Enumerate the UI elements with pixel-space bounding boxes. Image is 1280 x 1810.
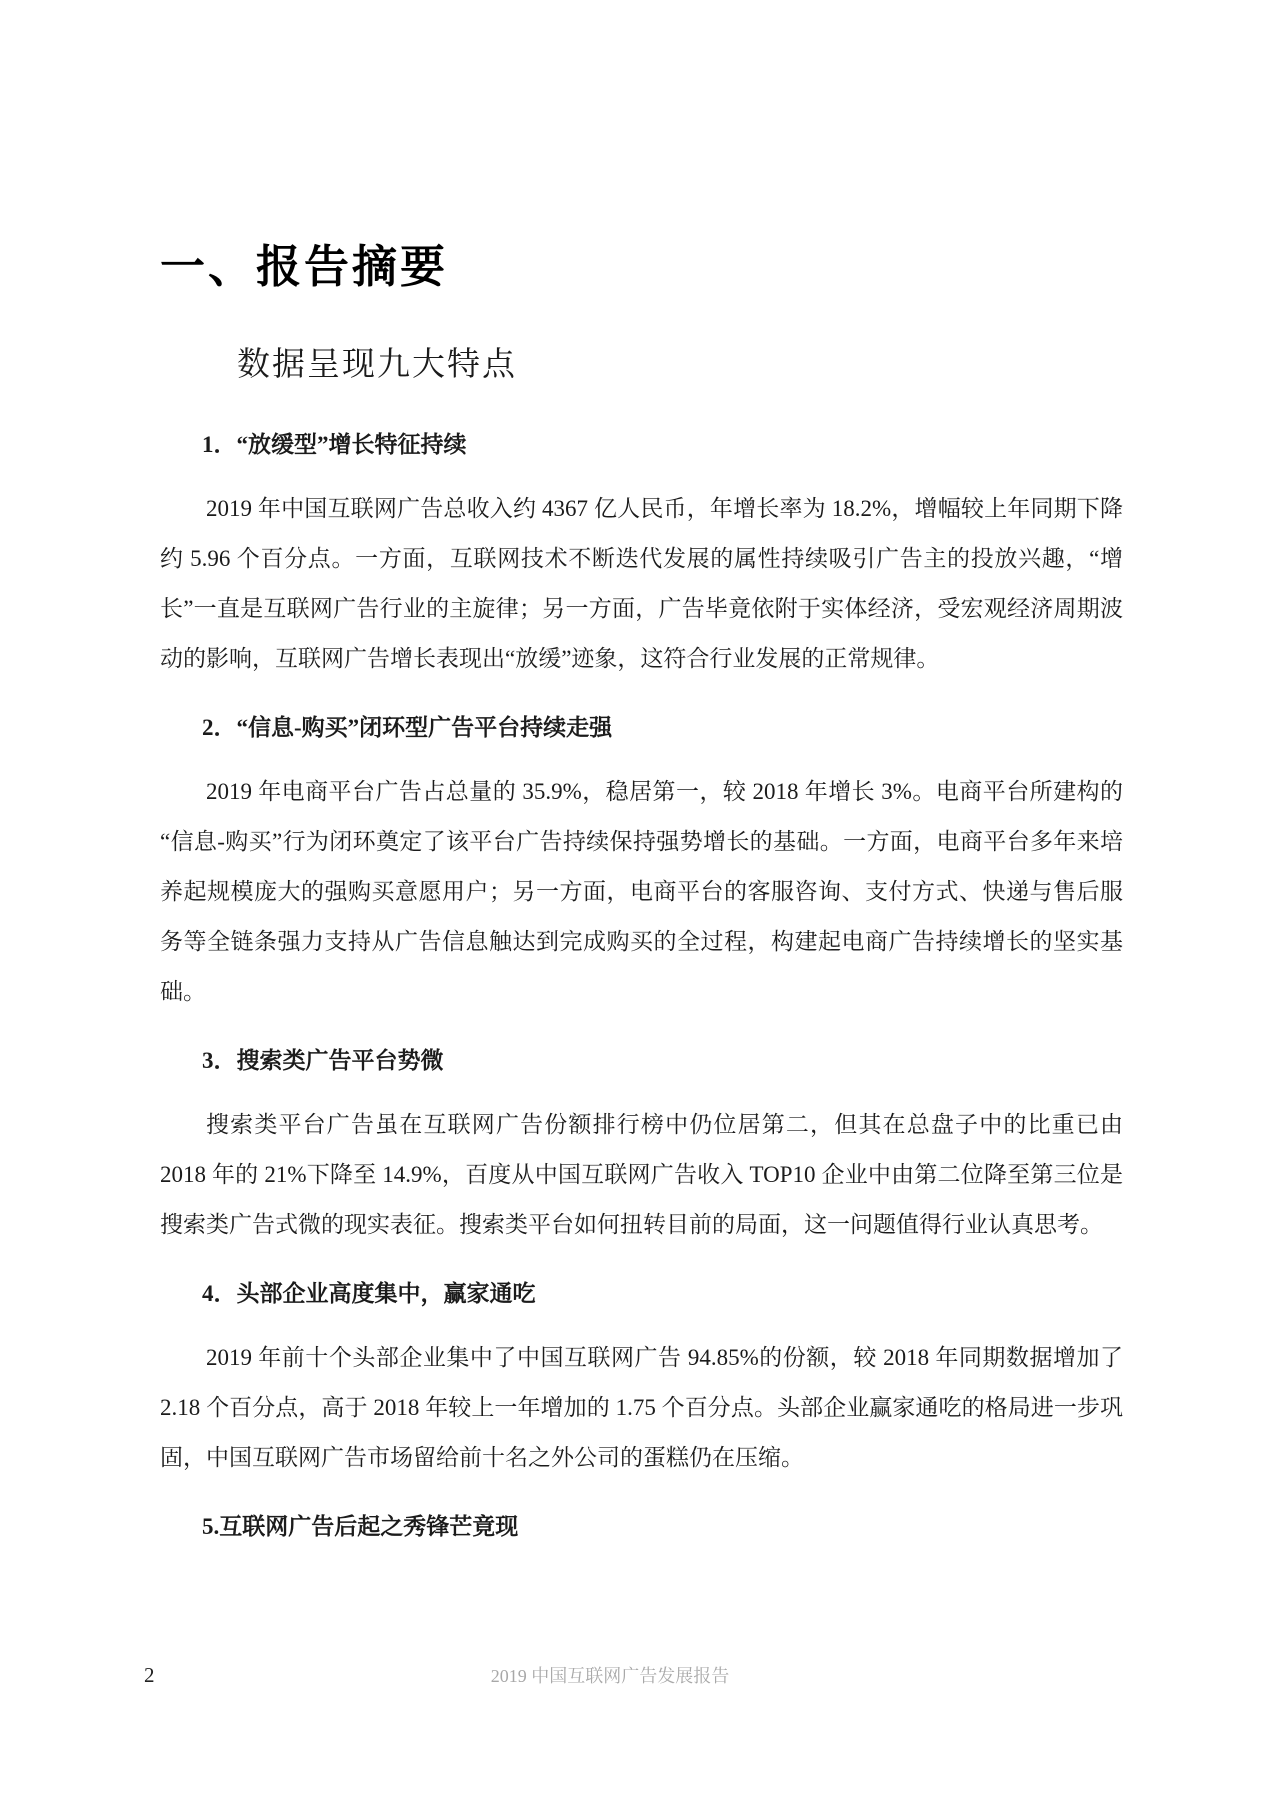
section-2-heading: 2．“信息-购买”闭环型广告平台持续走强 (160, 703, 1123, 753)
page-title: 一、报告摘要 (160, 240, 1123, 294)
section-5-heading: 5.互联网广告后起之秀锋芒竟现 (160, 1502, 1123, 1552)
section-3-paragraph: 搜索类平台广告虽在互联网广告份额排行榜中仍位居第二，但其在总盘子中的比重已由 2… (160, 1100, 1123, 1250)
section-1-heading: 1．“放缓型”增长特征持续 (160, 420, 1123, 470)
report-page: 一、报告摘要 数据呈现九大特点 1．“放缓型”增长特征持续 2019 年中国互联… (0, 0, 1280, 1810)
section-5: 5.互联网广告后起之秀锋芒竟现 (160, 1502, 1123, 1552)
section-2-paragraph: 2019 年电商平台广告占总量的 35.9%，稳居第一，较 2018 年增长 3… (160, 767, 1123, 1017)
section-3-heading: 3．搜索类广告平台势微 (160, 1036, 1123, 1086)
section-2: 2．“信息-购买”闭环型广告平台持续走强 2019 年电商平台广告占总量的 35… (160, 703, 1123, 1017)
section-1-paragraph: 2019 年中国互联网广告总收入约 4367 亿人民币，年增长率为 18.2%，… (160, 484, 1123, 684)
section-4: 4．头部企业高度集中，赢家通吃 2019 年前十个头部企业集中了中国互联网广告 … (160, 1269, 1123, 1483)
section-1: 1．“放缓型”增长特征持续 2019 年中国互联网广告总收入约 4367 亿人民… (160, 420, 1123, 684)
footer-report-title: 2019 中国互联网广告发展报告 (0, 1663, 1220, 1689)
section-3: 3．搜索类广告平台势微 搜索类平台广告虽在互联网广告份额排行榜中仍位居第二，但其… (160, 1036, 1123, 1250)
page-subtitle: 数据呈现九大特点 (237, 346, 1123, 386)
section-4-heading: 4．头部企业高度集中，赢家通吃 (160, 1269, 1123, 1319)
page-content: 一、报告摘要 数据呈现九大特点 1．“放缓型”增长特征持续 2019 年中国互联… (160, 0, 1123, 1552)
section-4-paragraph: 2019 年前十个头部企业集中了中国互联网广告 94.85%的份额，较 2018… (160, 1333, 1123, 1483)
